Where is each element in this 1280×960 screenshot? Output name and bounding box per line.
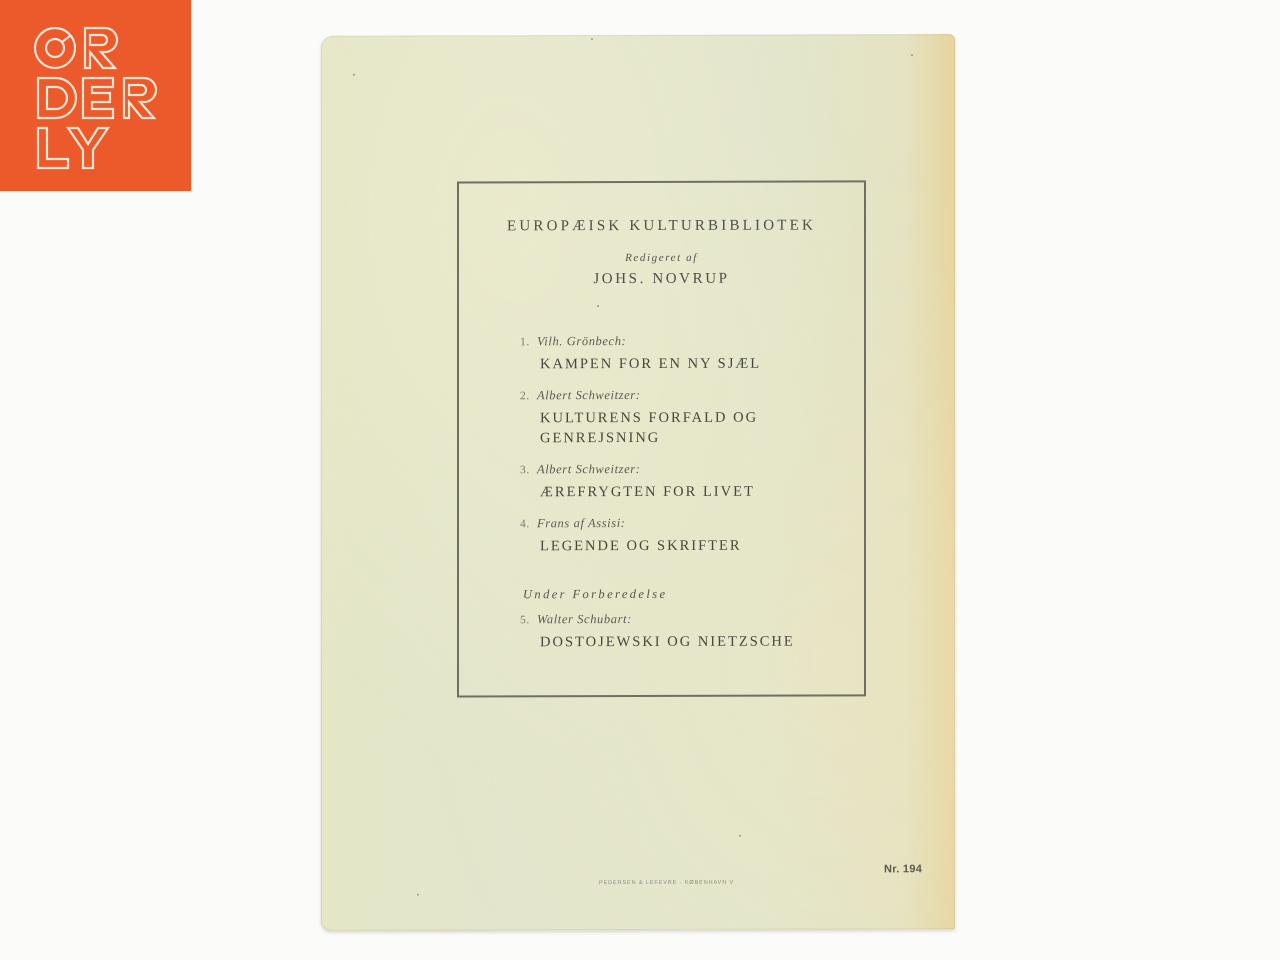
entry-author: Walter Schubart:	[537, 612, 632, 626]
list-item: 1.Vilh. Grönbech: KAMPEN FOR EN NY SJÆL	[523, 330, 853, 374]
list-item: 5.Walter Schubart: DOSTOJEWSKI OG NIETZS…	[523, 608, 853, 652]
entry-author: Frans af Assisi:	[537, 516, 626, 530]
entry-title: ÆREFRYGTEN FOR LIVET	[540, 481, 853, 502]
paper-speck	[591, 38, 593, 40]
paper-speck	[911, 54, 913, 56]
entry-number: 1.	[520, 332, 537, 352]
entry-number: 2.	[520, 386, 537, 406]
title-list-frame: EUROPÆISK KULTURBIBLIOTEK Redigeret af J…	[457, 180, 866, 697]
entry-title: LEGENDE OG SKRIFTER	[540, 535, 853, 556]
series-title: EUROPÆISK KULTURBIBLIOTEK	[459, 217, 864, 235]
entry-number: 5.	[520, 610, 537, 630]
editor-label: Redigeret af	[459, 251, 864, 264]
paper-speck	[739, 835, 741, 837]
entry-number: 3.	[520, 460, 537, 480]
book-list: 1.Vilh. Grönbech: KAMPEN FOR EN NY SJÆL …	[523, 330, 853, 567]
entry-title-line-2: GENREJSNING	[540, 427, 853, 448]
paper-speck	[417, 894, 419, 896]
publisher-imprint: PEDERSEN & LEFEVRE · KØBENHAVN V	[599, 880, 734, 886]
entry-author: Albert Schweitzer:	[537, 388, 641, 402]
orderly-logo	[0, 0, 191, 191]
entry-title: KAMPEN FOR EN NY SJÆL	[540, 353, 853, 374]
entry-author: Albert Schweitzer:	[537, 462, 641, 476]
editor-name: JOHS. NOVRUP	[459, 270, 864, 288]
entry-title: KULTURENS FORFALD OG	[540, 407, 853, 428]
upcoming-label: Under Forberedelse	[523, 587, 667, 602]
orderly-logo-icon	[0, 0, 191, 191]
issue-number: Nr. 194	[884, 863, 922, 875]
entry-title: DOSTOJEWSKI OG NIETZSCHE	[540, 631, 853, 652]
list-item: 2.Albert Schweitzer: KULTURENS FORFALD O…	[523, 384, 853, 448]
entry-number: 4.	[520, 514, 537, 534]
entry-author: Vilh. Grönbech:	[537, 334, 626, 348]
list-item: 3.Albert Schweitzer: ÆREFRYGTEN FOR LIVE…	[523, 458, 853, 502]
list-item: 4.Frans af Assisi: LEGENDE OG SKRIFTER	[523, 512, 853, 556]
paper-speck	[353, 74, 355, 76]
book-back-cover: EUROPÆISK KULTURBIBLIOTEK Redigeret af J…	[321, 34, 955, 931]
